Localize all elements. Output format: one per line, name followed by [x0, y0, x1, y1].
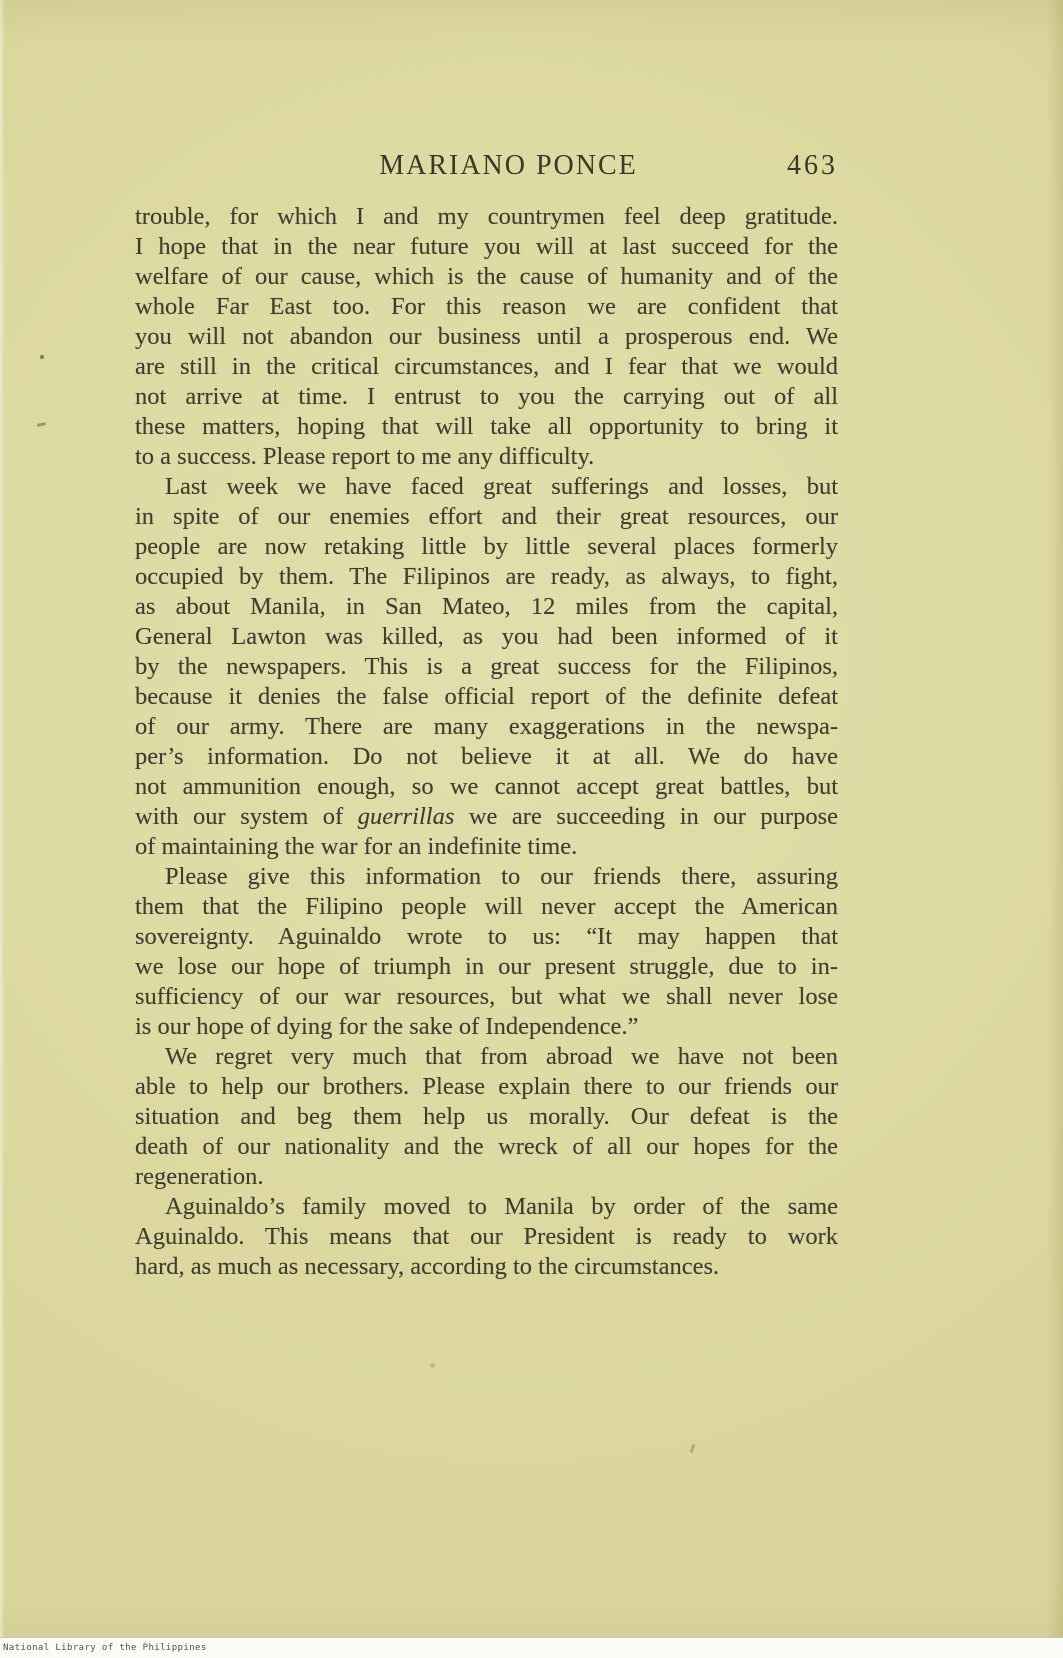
text-span: Last week we have faced great sufferings… [165, 473, 838, 500]
text-span: is our hope of dying for the sake of Ind… [135, 1013, 638, 1040]
text-span: not arrive at time. I entrust to you the… [135, 383, 838, 410]
text-line: sovereignty. Aguinaldo wrote to us: “It … [135, 922, 838, 952]
text-span: I hope that in the near future you will … [135, 233, 838, 260]
text-span: in spite of our enemies effort and their… [135, 503, 838, 530]
text-line: able to help our brothers. Please explai… [135, 1072, 838, 1102]
text-line: Last week we have faced great sufferings… [135, 472, 838, 502]
text-span: Aguinaldo. This means that our President… [135, 1223, 838, 1250]
text-line: them that the Filipino people will never… [135, 892, 838, 922]
text-line: trouble, for which I and my countrymen f… [135, 202, 838, 232]
text-line: are still in the critical circumstances,… [135, 352, 838, 382]
text-line: We regret very much that from abroad we … [135, 1042, 838, 1072]
paragraph: Please give this information to our frie… [135, 862, 838, 1042]
scan-speck [40, 355, 44, 359]
text-line: not arrive at time. I entrust to you the… [135, 382, 838, 412]
paragraph: trouble, for which I and my countrymen f… [135, 202, 838, 472]
text-span: because it denies the false official rep… [135, 683, 838, 710]
text-line: by the newspapers. This is a great succe… [135, 652, 838, 682]
text-span: these matters, hoping that will take all… [135, 413, 838, 440]
text-span: to a success. Please report to me any di… [135, 443, 594, 470]
text-span: hard, as much as necessary, according to… [135, 1253, 719, 1280]
scanned-book-page: MARIANO PONCE 463 trouble, for which I a… [0, 0, 1063, 1658]
text-span: with our system of [135, 803, 358, 830]
text-line: Please give this information to our frie… [135, 862, 838, 892]
text-line: per’s information. Do not believe it at … [135, 742, 838, 772]
text-span: per’s information. Do not believe it at … [135, 743, 838, 770]
scan-speck [37, 422, 46, 427]
text-span: situation and beg them help us morally. … [135, 1103, 838, 1130]
text-line: whole Far East too. For this reason we a… [135, 292, 838, 322]
text-span: death of our nationality and the wreck o… [135, 1133, 838, 1160]
text-span: by the newspapers. This is a great succe… [135, 653, 838, 680]
text-span: occupied by them. The Filipinos are read… [135, 563, 838, 590]
text-line: of maintaining the war for an indefinite… [135, 832, 838, 862]
italic-text: guerrillas [358, 803, 455, 830]
text-line: Aguinaldo’s family moved to Manila by or… [135, 1192, 838, 1222]
text-line: in spite of our enemies effort and their… [135, 502, 838, 532]
page-body: trouble, for which I and my countrymen f… [135, 202, 838, 1282]
text-line: is our hope of dying for the sake of Ind… [135, 1012, 838, 1042]
text-span: able to help our brothers. Please explai… [135, 1073, 838, 1100]
text-span: General Lawton was killed, as you had be… [135, 623, 838, 650]
scan-speck [430, 1363, 435, 1368]
paragraph: Last week we have faced great sufferings… [135, 472, 838, 862]
text-span: trouble, for which I and my countrymen f… [135, 203, 838, 230]
text-span: whole Far East too. For this reason we a… [135, 293, 838, 320]
text-span: of maintaining the war for an indefinite… [135, 833, 577, 860]
attribution-bar: National Library of the Philippines [0, 1637, 1063, 1658]
text-line: people are now retaking little by little… [135, 532, 838, 562]
text-line: occupied by them. The Filipinos are read… [135, 562, 838, 592]
text-span: Please give this information to our frie… [165, 863, 838, 890]
text-line: with our system of guerrillas we are suc… [135, 802, 838, 832]
running-head: MARIANO PONCE 463 [135, 150, 838, 186]
text-span: welfare of our cause, which is the cause… [135, 263, 838, 290]
text-line: we lose our hope of triumph in our prese… [135, 952, 838, 982]
text-line: General Lawton was killed, as you had be… [135, 622, 838, 652]
text-span: not ammunition enough, so we cannot acce… [135, 773, 838, 800]
text-line: regeneration. [135, 1162, 838, 1192]
text-span: people are now retaking little by little… [135, 533, 838, 560]
paragraph: Aguinaldo’s family moved to Manila by or… [135, 1192, 838, 1282]
text-span: Aguinaldo’s family moved to Manila by or… [165, 1193, 838, 1220]
text-span: regeneration. [135, 1163, 264, 1190]
text-line: these matters, hoping that will take all… [135, 412, 838, 442]
text-line: to a success. Please report to me any di… [135, 442, 838, 472]
text-line: death of our nationality and the wreck o… [135, 1132, 838, 1162]
text-line: sufficiency of our war resources, but wh… [135, 982, 838, 1012]
paragraph: We regret very much that from abroad we … [135, 1042, 838, 1192]
text-span: you will not abandon our business until … [135, 323, 838, 350]
text-span: sovereignty. Aguinaldo wrote to us: “It … [135, 923, 838, 950]
text-line: not ammunition enough, so we cannot acce… [135, 772, 838, 802]
text-line: because it denies the false official rep… [135, 682, 838, 712]
text-line: I hope that in the near future you will … [135, 232, 838, 262]
text-span: We regret very much that from abroad we … [165, 1043, 838, 1070]
text-line: situation and beg them help us morally. … [135, 1102, 838, 1132]
text-span: are still in the critical circumstances,… [135, 353, 838, 380]
text-line: of our army. There are many exaggeration… [135, 712, 838, 742]
attribution-text: National Library of the Philippines [3, 1643, 207, 1653]
text-span: them that the Filipino people will never… [135, 893, 838, 920]
page-number: 463 [787, 150, 838, 182]
text-span: sufficiency of our war resources, but wh… [135, 983, 838, 1010]
text-line: as about Manila, in San Mateo, 12 miles … [135, 592, 838, 622]
text-line: Aguinaldo. This means that our President… [135, 1222, 838, 1252]
text-span: of our army. There are many exaggeration… [135, 713, 838, 740]
text-span: we are succeeding in our purpose [454, 803, 838, 830]
text-span: as about Manila, in San Mateo, 12 miles … [135, 593, 838, 620]
scan-speck [690, 1444, 696, 1453]
text-span: we lose our hope of triumph in our prese… [135, 953, 838, 980]
text-line: hard, as much as necessary, according to… [135, 1252, 838, 1282]
text-line: you will not abandon our business until … [135, 322, 838, 352]
text-line: welfare of our cause, which is the cause… [135, 262, 838, 292]
running-title: MARIANO PONCE [157, 150, 860, 182]
